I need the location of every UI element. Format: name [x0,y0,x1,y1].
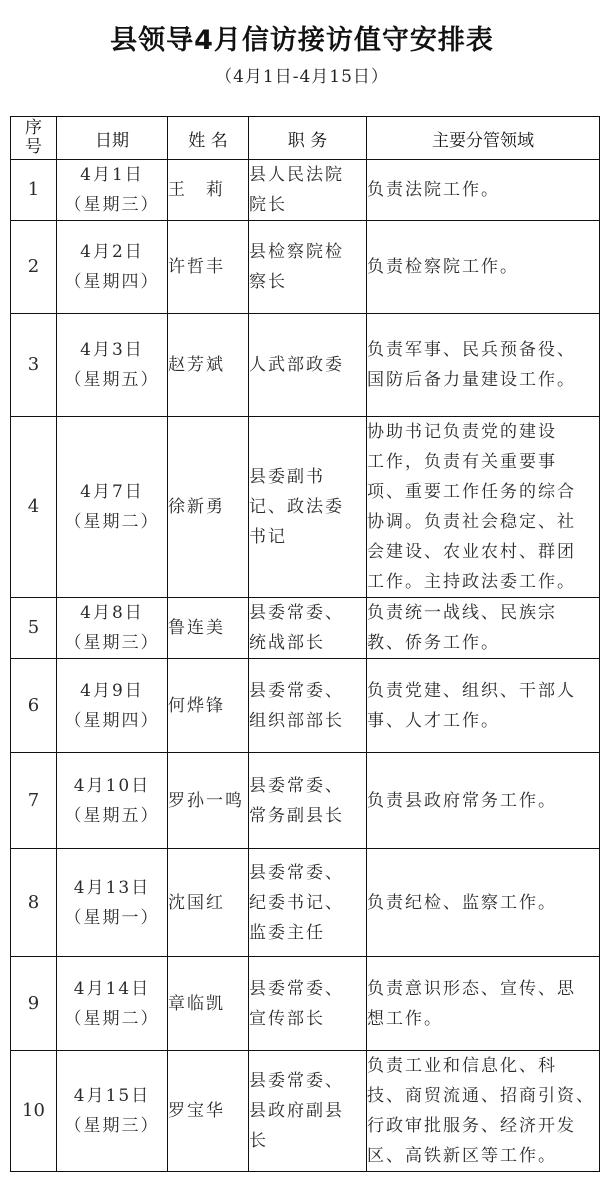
table-row: 74月10日（星期五）罗孙一鸣县委常委、常务副县长负责县政府常务工作。 [11,753,600,849]
area-line: 行政审批服务、经济开发 [367,1111,599,1141]
date-text: 4月8日 [57,598,167,628]
cell-name: 许哲丰 [168,221,249,314]
document-title: 县领导4月信访接访值守安排表 [0,18,604,57]
cell-date: 4月1日（星期三） [57,160,168,221]
date-text: 4月7日 [57,477,167,507]
header-position: 职 务 [249,117,367,160]
cell-position: 县检察院检察长 [249,221,367,314]
cell-no: 3 [11,314,57,417]
date-text: 4月10日 [57,771,167,801]
cell-name: 徐新勇 [168,417,249,598]
cell-date: 4月2日（星期四） [57,221,168,314]
header-date: 日期 [57,117,168,160]
table-header-row: 序 号 日期 姓 名 职 务 主要分管领域 [11,117,600,160]
table-row: 104月15日（星期三）罗宝华县委常委、县政府副县长负责工业和信息化、科技、商贸… [11,1051,600,1172]
cell-name: 章临凯 [168,957,249,1051]
table-row: 94月14日（星期二）章临凯县委常委、宣传部长负责意识形态、宣传、思想工作。 [11,957,600,1051]
table-body: 14月1日（星期三）王 莉县人民法院院长负责法院工作。24月2日（星期四）许哲丰… [11,160,600,1172]
area-line: 负责统一战线、民族宗 [367,598,599,628]
position-line: 统战部长 [249,628,366,658]
cell-area: 协助书记负责党的建设工作，负责有关重要事项、重要工作任务的综合协调。负责社会稳定… [367,417,600,598]
cell-date: 4月9日（星期四） [57,659,168,753]
table-row: 14月1日（星期三）王 莉县人民法院院长负责法院工作。 [11,160,600,221]
area-line: 负责检察院工作。 [367,252,599,282]
date-text: 4月14日 [57,974,167,1004]
weekday-text: （星期二） [57,1004,167,1034]
cell-date: 4月7日（星期二） [57,417,168,598]
date-text: 4月1日 [57,160,167,190]
area-line: 工作，负责有关重要事 [367,447,599,477]
area-line: 负责工业和信息化、科 [367,1051,599,1081]
cell-no: 1 [11,160,57,221]
cell-area: 负责纪检、监察工作。 [367,849,600,957]
cell-no: 7 [11,753,57,849]
position-line: 县委常委、 [249,1066,366,1096]
cell-area: 负责统一战线、民族宗教、侨务工作。 [367,598,600,659]
cell-position: 县委常委、宣传部长 [249,957,367,1051]
cell-position: 县委副书记、政法委书记 [249,417,367,598]
table-row: 34月3日（星期五）赵芳斌人武部政委负责军事、民兵预备役、国防后备力量建设工作。 [11,314,600,417]
area-line: 负责军事、民兵预备役、 [367,335,599,365]
date-text: 4月3日 [57,335,167,365]
cell-position: 县委常委、纪委书记、监委主任 [249,849,367,957]
position-line: 宣传部长 [249,1004,366,1034]
area-line: 协调。负责社会稳定、社 [367,507,599,537]
area-line: 会建设、农业农村、群团 [367,537,599,567]
header-no-line2: 号 [11,138,56,157]
cell-no: 8 [11,849,57,957]
cell-area: 负责法院工作。 [367,160,600,221]
header-area: 主要分管领域 [367,117,600,160]
area-line: 区、高铁新区等工作。 [367,1141,599,1171]
cell-area: 负责工业和信息化、科技、商贸流通、招商引资、行政审批服务、经济开发区、高铁新区等… [367,1051,600,1172]
position-line: 察长 [249,267,366,297]
cell-date: 4月10日（星期五） [57,753,168,849]
cell-area: 负责党建、组织、干部人事、人才工作。 [367,659,600,753]
position-line: 县委副书 [249,462,366,492]
cell-no: 6 [11,659,57,753]
header-name: 姓 名 [168,117,249,160]
table-row: 24月2日（星期四）许哲丰县检察院检察长负责检察院工作。 [11,221,600,314]
header-no: 序 号 [11,117,57,160]
cell-name: 王 莉 [168,160,249,221]
cell-date: 4月15日（星期三） [57,1051,168,1172]
cell-no: 5 [11,598,57,659]
area-line: 想工作。 [367,1004,599,1034]
position-line: 县委常委、 [249,974,366,1004]
position-line: 组织部部长 [249,706,366,736]
position-line: 县委常委、 [249,771,366,801]
area-line: 技、商贸流通、招商引资、 [367,1081,599,1111]
cell-position: 县委常委、常务副县长 [249,753,367,849]
position-line: 县检察院检 [249,237,366,267]
position-line: 县人民法院 [249,160,366,190]
cell-no: 2 [11,221,57,314]
table-row: 54月8日（星期三）鲁连美县委常委、统战部长负责统一战线、民族宗教、侨务工作。 [11,598,600,659]
cell-date: 4月14日（星期二） [57,957,168,1051]
date-text: 4月2日 [57,237,167,267]
area-line: 负责党建、组织、干部人 [367,676,599,706]
table-row: 64月9日（星期四）何烨锋县委常委、组织部部长负责党建、组织、干部人事、人才工作… [11,659,600,753]
position-line: 纪委书记、 [249,888,366,918]
cell-no: 9 [11,957,57,1051]
area-line: 事、人才工作。 [367,706,599,736]
cell-area: 负责意识形态、宣传、思想工作。 [367,957,600,1051]
cell-position: 县委常委、组织部部长 [249,659,367,753]
position-line: 长 [249,1126,366,1156]
area-line: 协助书记负责党的建设 [367,417,599,447]
cell-name: 罗孙一鸣 [168,753,249,849]
table-row: 84月13日（星期一）沈国红县委常委、纪委书记、监委主任负责纪检、监察工作。 [11,849,600,957]
position-line: 县委常委、 [249,858,366,888]
position-line: 记、政法委 [249,492,366,522]
area-line: 负责纪检、监察工作。 [367,888,599,918]
date-text: 4月9日 [57,676,167,706]
area-line: 项、重要工作任务的综合 [367,477,599,507]
cell-date: 4月3日（星期五） [57,314,168,417]
cell-area: 负责检察院工作。 [367,221,600,314]
position-line: 院长 [249,190,366,220]
table-row: 44月7日（星期二）徐新勇县委副书记、政法委书记协助书记负责党的建设工作，负责有… [11,417,600,598]
weekday-text: （星期三） [57,1111,167,1141]
position-line: 监委主任 [249,918,366,948]
area-line: 负责意识形态、宣传、思 [367,974,599,1004]
cell-no: 4 [11,417,57,598]
weekday-text: （星期一） [57,903,167,933]
cell-area: 负责军事、民兵预备役、国防后备力量建设工作。 [367,314,600,417]
cell-name: 鲁连美 [168,598,249,659]
weekday-text: （星期四） [57,706,167,736]
cell-position: 人武部政委 [249,314,367,417]
cell-date: 4月8日（星期三） [57,598,168,659]
cell-name: 罗宝华 [168,1051,249,1172]
position-line: 书记 [249,522,366,552]
weekday-text: （星期五） [57,801,167,831]
area-line: 教、侨务工作。 [367,628,599,658]
cell-no: 10 [11,1051,57,1172]
weekday-text: （星期三） [57,190,167,220]
position-line: 县政府副县 [249,1096,366,1126]
area-line: 负责县政府常务工作。 [367,786,599,816]
position-line: 人武部政委 [249,350,366,380]
weekday-text: （星期二） [57,507,167,537]
area-line: 国防后备力量建设工作。 [367,365,599,395]
cell-area: 负责县政府常务工作。 [367,753,600,849]
weekday-text: （星期三） [57,628,167,658]
header-no-line1: 序 [11,119,56,138]
cell-date: 4月13日（星期一） [57,849,168,957]
schedule-table: 序 号 日期 姓 名 职 务 主要分管领域 14月1日（星期三）王 莉县人民法院… [10,116,600,1172]
date-text: 4月15日 [57,1081,167,1111]
cell-position: 县人民法院院长 [249,160,367,221]
weekday-text: （星期四） [57,267,167,297]
position-line: 县委常委、 [249,598,366,628]
document-subtitle: （4月1日-4月15日） [0,62,604,87]
area-line: 工作。主持政法委工作。 [367,567,599,597]
date-text: 4月13日 [57,873,167,903]
cell-name: 赵芳斌 [168,314,249,417]
weekday-text: （星期五） [57,365,167,395]
cell-name: 何烨锋 [168,659,249,753]
cell-position: 县委常委、县政府副县长 [249,1051,367,1172]
cell-name: 沈国红 [168,849,249,957]
area-line: 负责法院工作。 [367,175,599,205]
position-line: 常务副县长 [249,801,366,831]
cell-position: 县委常委、统战部长 [249,598,367,659]
position-line: 县委常委、 [249,676,366,706]
